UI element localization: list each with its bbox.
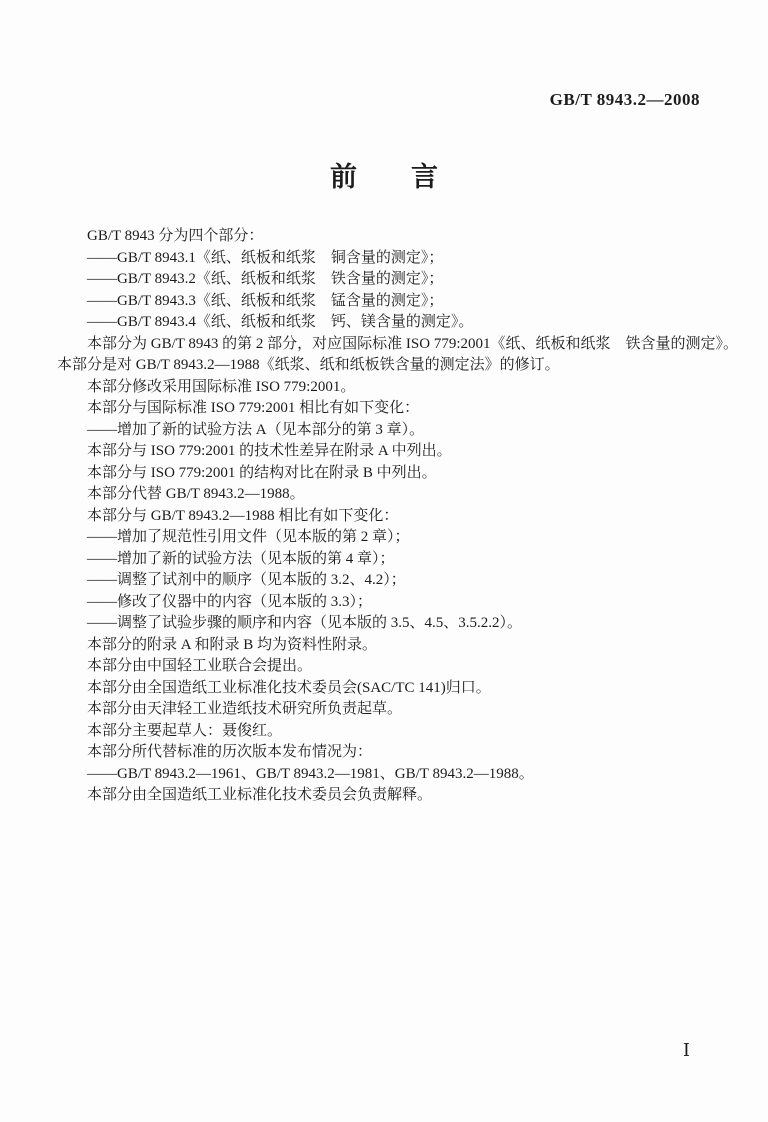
foreword-body: GB/T 8943 分为四个部分：——GB/T 8943.1《纸、纸板和纸浆 铜… [57, 226, 715, 807]
document-line: GB/T 8943 分为四个部分： [57, 226, 715, 248]
page-title: 前 言 [0, 155, 768, 194]
document-line: ——GB/T 8943.3《纸、纸板和纸浆 锰含量的测定》； [57, 291, 715, 313]
standard-number: GB/T 8943.2—2008 [550, 90, 700, 110]
page-number: Ⅰ [683, 1040, 690, 1061]
document-line: 本部分由天津轻工业造纸技术研究所负责起草。 [57, 699, 715, 721]
document-line: 本部分由中国轻工业联合会提出。 [57, 656, 715, 678]
document-line: ——GB/T 8943.1《纸、纸板和纸浆 铜含量的测定》； [57, 248, 715, 270]
document-line: 本部分与国际标准 ISO 779:2001 相比有如下变化： [57, 398, 715, 420]
document-line: 本部分是对 GB/T 8943.2—1988《纸浆、纸和纸板铁含量的测定法》的修… [57, 355, 715, 377]
document-line: ——修改了仪器中的内容（见本版的 3.3）； [57, 592, 715, 614]
document-line: 本部分由全国造纸工业标准化技术委员会负责解释。 [57, 785, 715, 807]
document-line: 本部分与 GB/T 8943.2—1988 相比有如下变化： [57, 506, 715, 528]
document-line: 本部分为 GB/T 8943 的第 2 部分，对应国际标准 ISO 779:20… [57, 334, 715, 356]
document-line: 本部分与 ISO 779:2001 的技术性差异在附录 A 中列出。 [57, 441, 715, 463]
document-line: 本部分由全国造纸工业标准化技术委员会(SAC/TC 141)归口。 [57, 678, 715, 700]
document-line: 本部分与 ISO 779:2001 的结构对比在附录 B 中列出。 [57, 463, 715, 485]
document-page: GB/T 8943.2—2008 前 言 GB/T 8943 分为四个部分：——… [0, 0, 768, 1122]
document-line: ——调整了试验步骤的顺序和内容（见本版的 3.5、4.5、3.5.2.2）。 [57, 613, 715, 635]
document-line: 本部分的附录 A 和附录 B 均为资料性附录。 [57, 635, 715, 657]
document-line: ——GB/T 8943.4《纸、纸板和纸浆 钙、镁含量的测定》。 [57, 312, 715, 334]
document-line: ——增加了规范性引用文件（见本版的第 2 章）； [57, 527, 715, 549]
document-line: 本部分代替 GB/T 8943.2—1988。 [57, 484, 715, 506]
document-line: ——GB/T 8943.2《纸、纸板和纸浆 铁含量的测定》； [57, 269, 715, 291]
document-line: 本部分主要起草人：聂俊红。 [57, 721, 715, 743]
document-line: ——增加了新的试验方法 A（见本部分的第 3 章）。 [57, 420, 715, 442]
document-line: ——增加了新的试验方法（见本版的第 4 章）； [57, 549, 715, 571]
document-line: ——GB/T 8943.2—1961、GB/T 8943.2—1981、GB/T… [57, 764, 715, 786]
document-line: 本部分所代替标准的历次版本发布情况为： [57, 742, 715, 764]
document-line: ——调整了试剂中的顺序（见本版的 3.2、4.2）； [57, 570, 715, 592]
document-line: 本部分修改采用国际标准 ISO 779:2001。 [57, 377, 715, 399]
